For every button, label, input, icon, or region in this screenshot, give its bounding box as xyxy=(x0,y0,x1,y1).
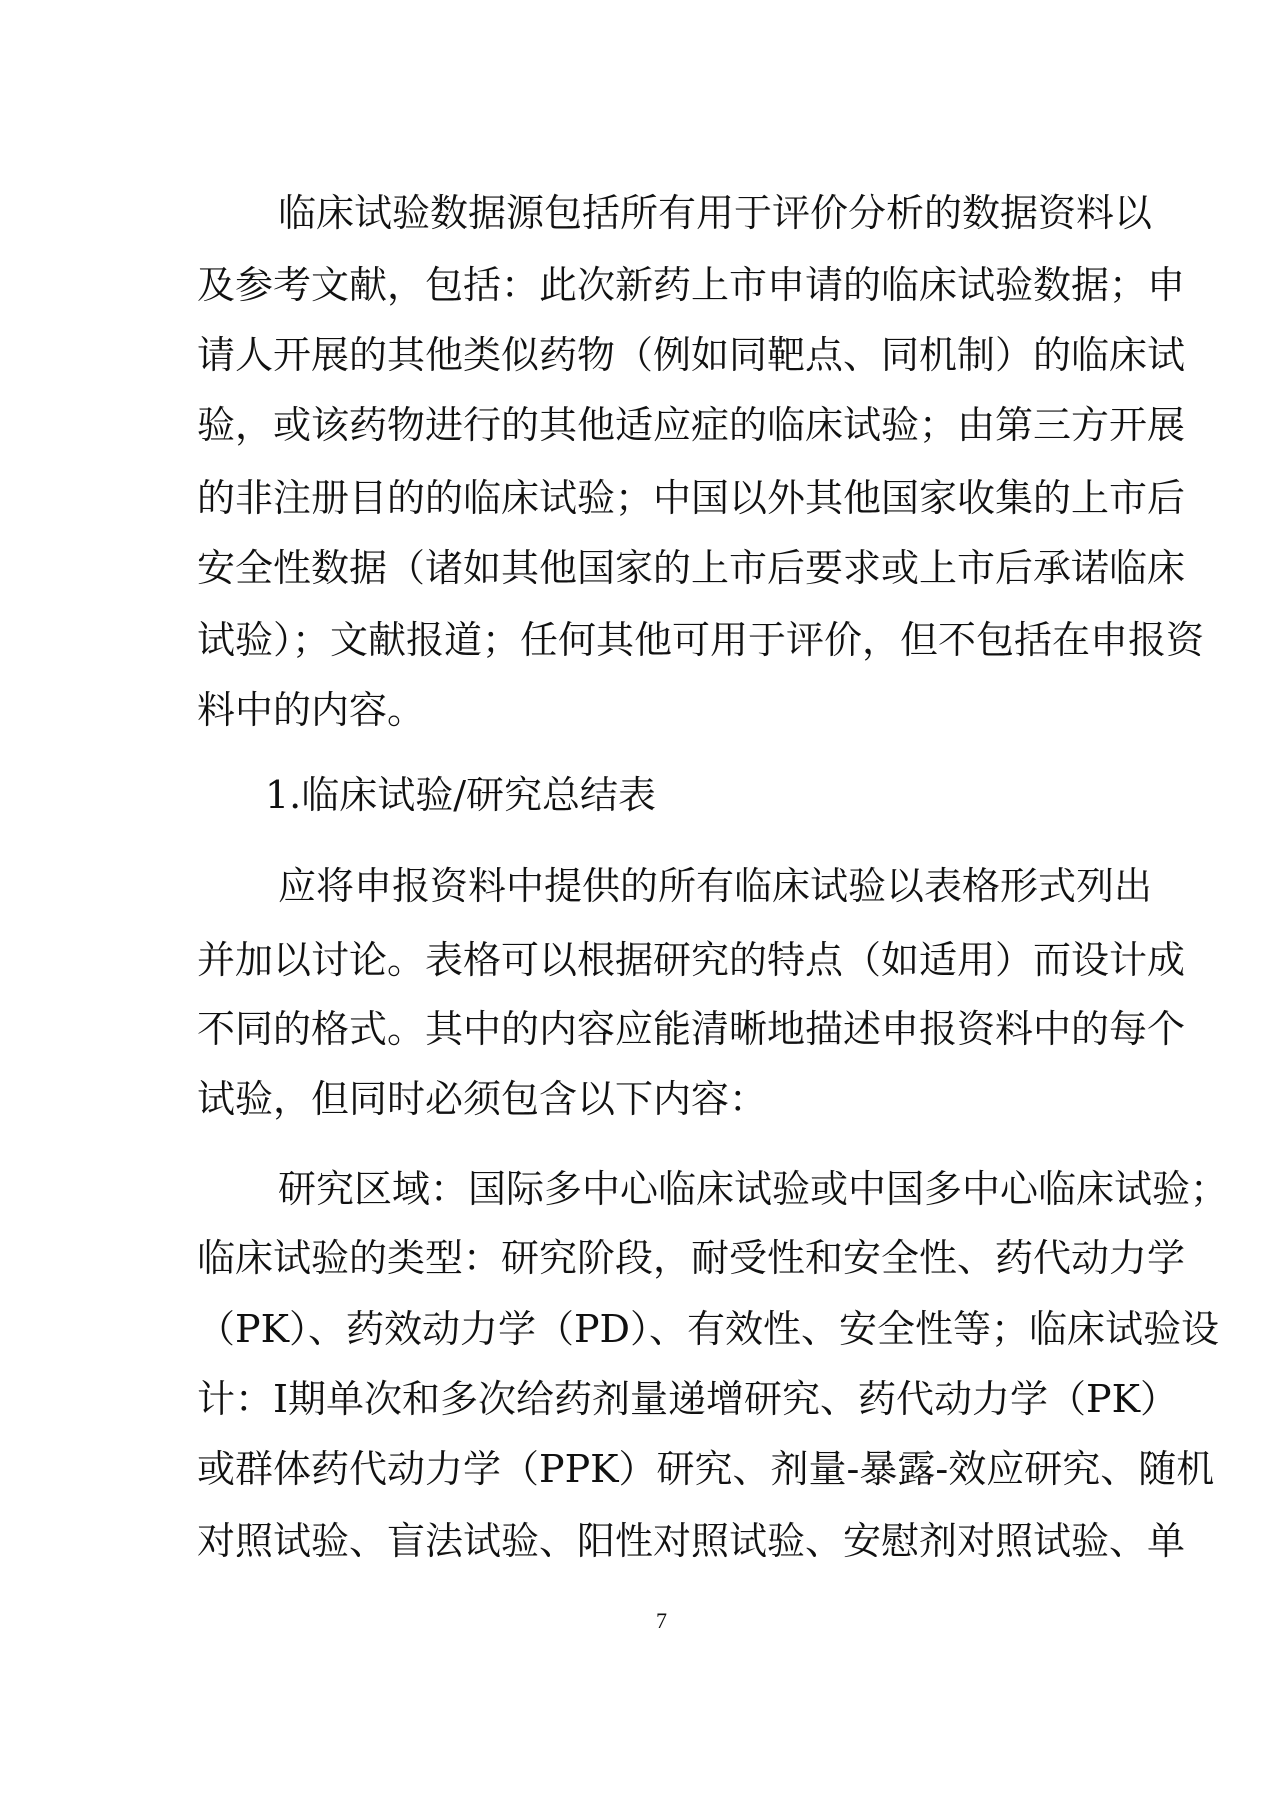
text-line: 及参考文献，包括：此次新药上市申请的临床试验数据；申 xyxy=(197,260,1095,310)
text-line: 并加以讨论。表格可以根据研究的特点（如适用）而设计成 xyxy=(197,935,1095,985)
text-line: 试验）；文献报道；任何其他可用于评价，但不包括在申报资 xyxy=(197,615,1095,665)
text-line: 或群体药代动力学（PPK）研究、剂量-暴露-效应研究、随机 xyxy=(197,1444,1095,1494)
text-line: 安全性数据（诸如其他国家的上市后要求或上市后承诺临床 xyxy=(197,543,1095,593)
text-line: 应将申报资料中提供的所有临床试验以表格形式列出 xyxy=(278,861,1095,911)
text-line: 的非注册目的的临床试验；中国以外其他国家收集的上市后 xyxy=(197,473,1095,523)
text-line: （PK）、药效动力学（PD）、有效性、安全性等；临床试验设 xyxy=(197,1304,1095,1354)
text-line: 研究区域：国际多中心临床试验或中国多中心临床试验； xyxy=(278,1164,1095,1214)
text-line: 临床试验的类型：研究阶段，耐受性和安全性、药代动力学 xyxy=(197,1233,1095,1283)
page-number: 7 xyxy=(656,1608,667,1634)
text-line: 料中的内容。 xyxy=(197,685,1095,735)
text-line: 计：I期单次和多次给药剂量递增研究、药代动力学（PK） xyxy=(197,1374,1095,1424)
text-line: 试验，但同时必须包含以下内容： xyxy=(197,1074,1095,1124)
text-line: 请人开展的其他类似药物（例如同靶点、同机制）的临床试 xyxy=(197,330,1095,380)
document-page: 临床试验数据源包括所有用于评价分析的数据资料以 及参考文献，包括：此次新药上市申… xyxy=(0,0,1280,1810)
text-line: 对照试验、盲法试验、阳性对照试验、安慰剂对照试验、单 xyxy=(197,1516,1095,1566)
text-line: 不同的格式。其中的内容应能清晰地描述申报资料中的每个 xyxy=(197,1004,1095,1054)
text-line: 临床试验数据源包括所有用于评价分析的数据资料以 xyxy=(278,188,1095,238)
text-line: 验，或该药物进行的其他适应症的临床试验；由第三方开展 xyxy=(197,400,1095,450)
section-heading: 1.临床试验/研究总结表 xyxy=(265,770,656,820)
